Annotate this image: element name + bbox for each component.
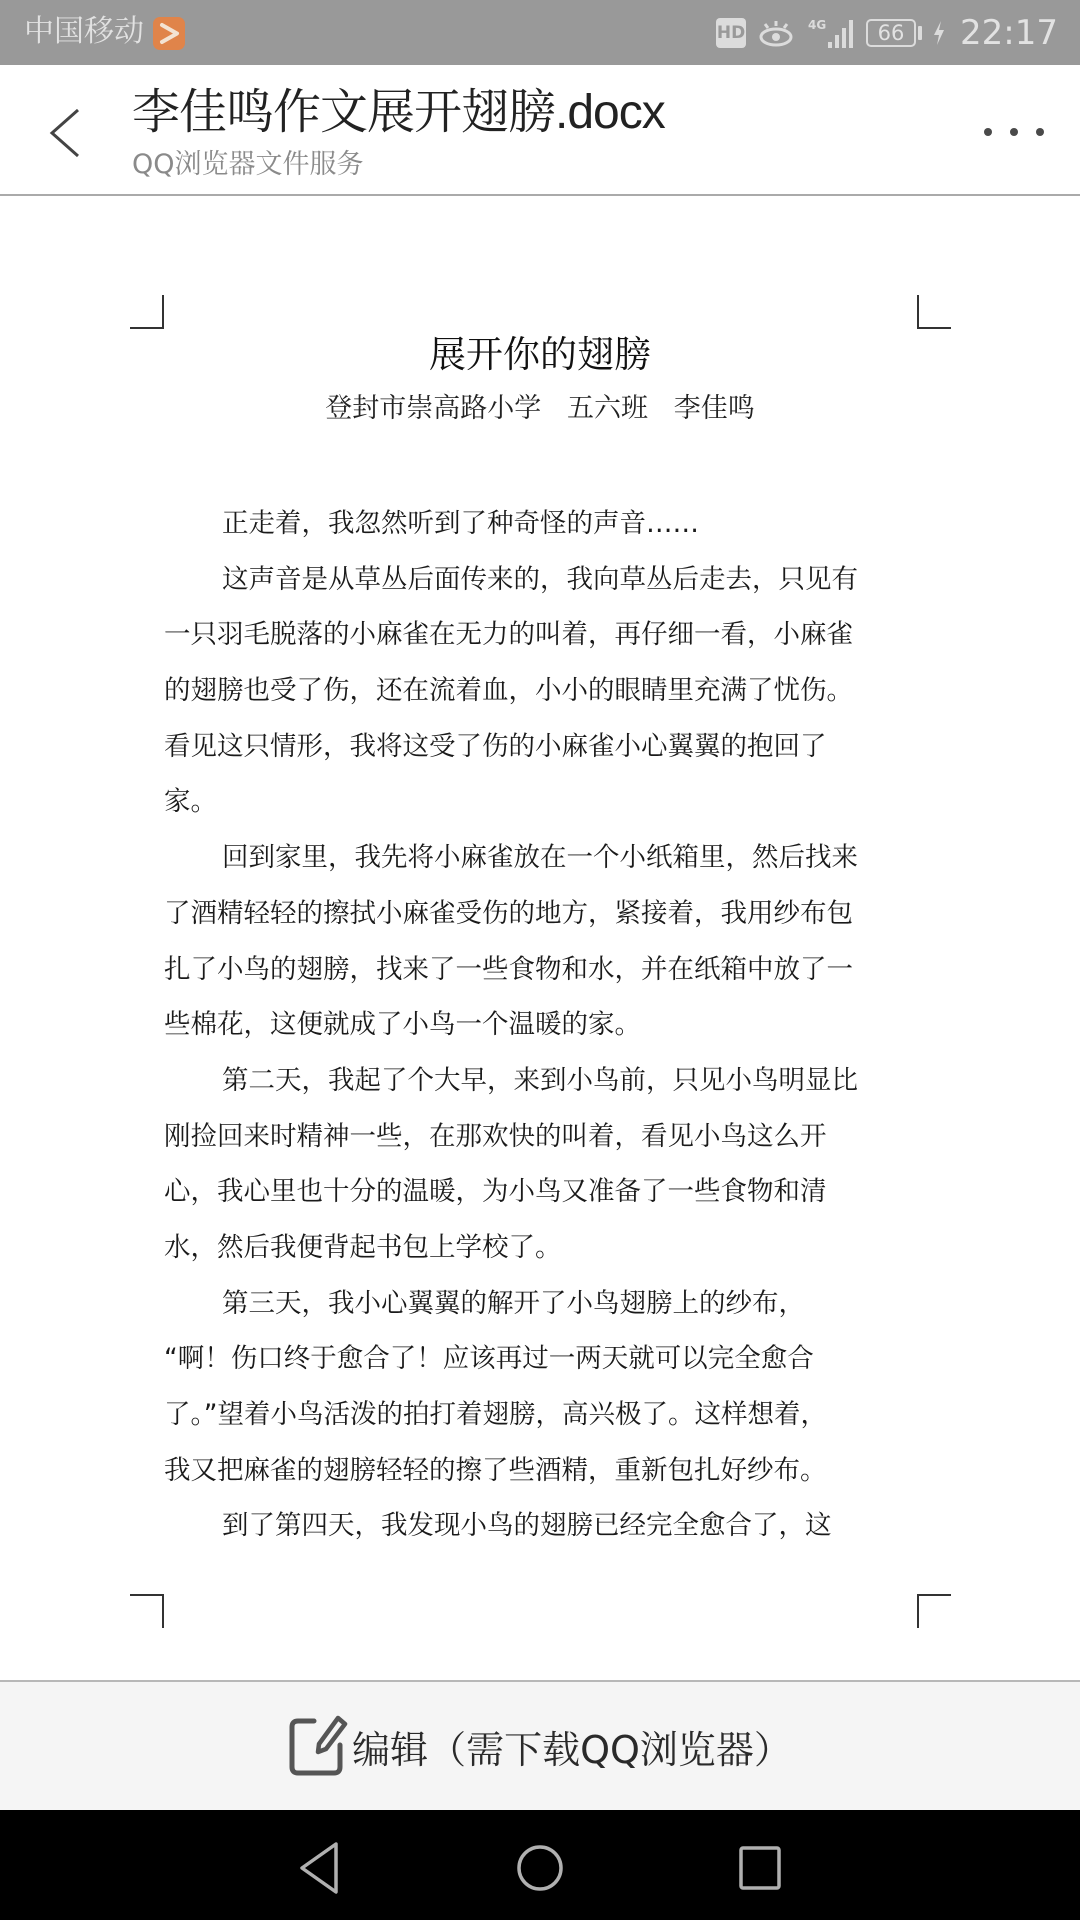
nav-recents-icon [730, 1840, 790, 1896]
carrier-name: 中国移动 [24, 12, 144, 52]
status-icons: HD 4G 66 22:17 [716, 10, 1058, 56]
essay-line: 水，然后我便背起书包上学校了。 [164, 1220, 916, 1276]
nav-home-button[interactable] [510, 1840, 570, 1896]
essay-line: 我又把麻雀的翅膀轻轻的擦了些酒精，重新包扎好纱布。 [164, 1443, 916, 1499]
page-corner-mark [130, 1594, 164, 1628]
edit-icon [288, 1715, 348, 1777]
edit-bar: 编辑（需下载QQ浏览器） [0, 1680, 1080, 1810]
signal-4g-icon: 4G [806, 16, 856, 50]
essay-line: 第三天，我小心翼翼的解开了小鸟翅膀上的纱布， [164, 1276, 916, 1332]
essay-line: 到了第四天，我发现小鸟的翅膀已经完全愈合了，这 [164, 1498, 916, 1554]
essay-line: 回到家里，我先将小麻雀放在一个小纸箱里，然后找来 [164, 830, 916, 886]
essay-line: 第二天，我起了个大早，来到小鸟前，只见小鸟明显比 [164, 1053, 916, 1109]
essay-body: 正走着，我忽然听到了种奇怪的声音……这声音是从草丛后面传来的，我向草丛后走去，只… [164, 496, 916, 1554]
document-filename: 李佳鸣作文展开翅膀.docx [132, 83, 665, 143]
page-corner-mark [130, 295, 164, 329]
essay-line: 些棉花，这便就成了小鸟一个温暖的家。 [164, 997, 916, 1053]
page-corner-mark [917, 295, 951, 329]
essay-line: 了。”望着小鸟活泼的拍打着翅膀，高兴极了。这样想着， [164, 1387, 916, 1443]
essay-line: 看见这只情形，我将这受了伤的小麻雀小心翼翼的抱回了 [164, 719, 916, 775]
video-app-notification-icon [153, 17, 185, 50]
status-bar: 中国移动 HD 4G 66 22:17 [0, 0, 1080, 65]
battery-tip [918, 26, 922, 40]
eye-comfort-icon [756, 17, 796, 49]
essay-line: 家。 [164, 774, 916, 830]
page-corner-mark [917, 1594, 951, 1628]
nav-back-icon [290, 1840, 350, 1896]
app-header: 李佳鸣作文展开翅膀.docx QQ浏览器文件服务 [0, 65, 1080, 196]
charging-bolt-icon [932, 20, 946, 46]
back-button[interactable] [40, 95, 90, 165]
chevron-left-icon [40, 95, 90, 165]
essay-line: 正走着，我忽然听到了种奇怪的声音…… [164, 496, 916, 552]
document-viewer[interactable]: 展开你的翅膀 登封市崇高路小学 五六班 李佳鸣 正走着，我忽然听到了种奇怪的声音… [0, 198, 1080, 1680]
battery-level: 66 [866, 19, 916, 47]
nav-recents-button[interactable] [730, 1840, 790, 1896]
essay-line: 一只羽毛脱落的小麻雀在无力的叫着，再仔细一看，小麻雀 [164, 607, 916, 663]
more-options-button[interactable] [984, 117, 1044, 147]
more-dots-icon [984, 128, 992, 136]
clock: 22:17 [960, 13, 1058, 53]
nav-home-icon [510, 1840, 570, 1896]
essay-line: 心，我心里也十分的温暖，为小鸟又准备了一些食物和清 [164, 1164, 916, 1220]
edit-button[interactable]: 编辑（需下载QQ浏览器） [288, 1715, 792, 1777]
essay-line: “啊！伤口终于愈合了！应该再过一两天就可以完全愈合 [164, 1331, 916, 1387]
nav-back-button[interactable] [290, 1840, 350, 1896]
essay-line: 这声音是从草丛后面传来的，我向草丛后走去，只见有 [164, 552, 916, 608]
system-nav-bar [0, 1810, 1080, 1920]
service-subtitle: QQ浏览器文件服务 [132, 147, 364, 183]
essay-line: 的翅膀也受了伤，还在流着血，小小的眼睛里充满了忧伤。 [164, 663, 916, 719]
edit-button-label: 编辑（需下载QQ浏览器） [352, 1719, 792, 1774]
essay-title: 展开你的翅膀 [0, 331, 1080, 379]
essay-line: 扎了小鸟的翅膀，找来了一些食物和水，并在纸箱中放了一 [164, 942, 916, 998]
essay-line: 了酒精轻轻的擦拭小麻雀受伤的地方，紧接着，我用纱布包 [164, 886, 916, 942]
svg-text:4G: 4G [808, 18, 826, 32]
essay-line: 刚捡回来时精神一些，在那欢快的叫着，看见小鸟这么开 [164, 1109, 916, 1165]
hd-voice-icon: HD [716, 18, 746, 48]
essay-byline: 登封市崇高路小学 五六班 李佳鸣 [0, 391, 1080, 427]
